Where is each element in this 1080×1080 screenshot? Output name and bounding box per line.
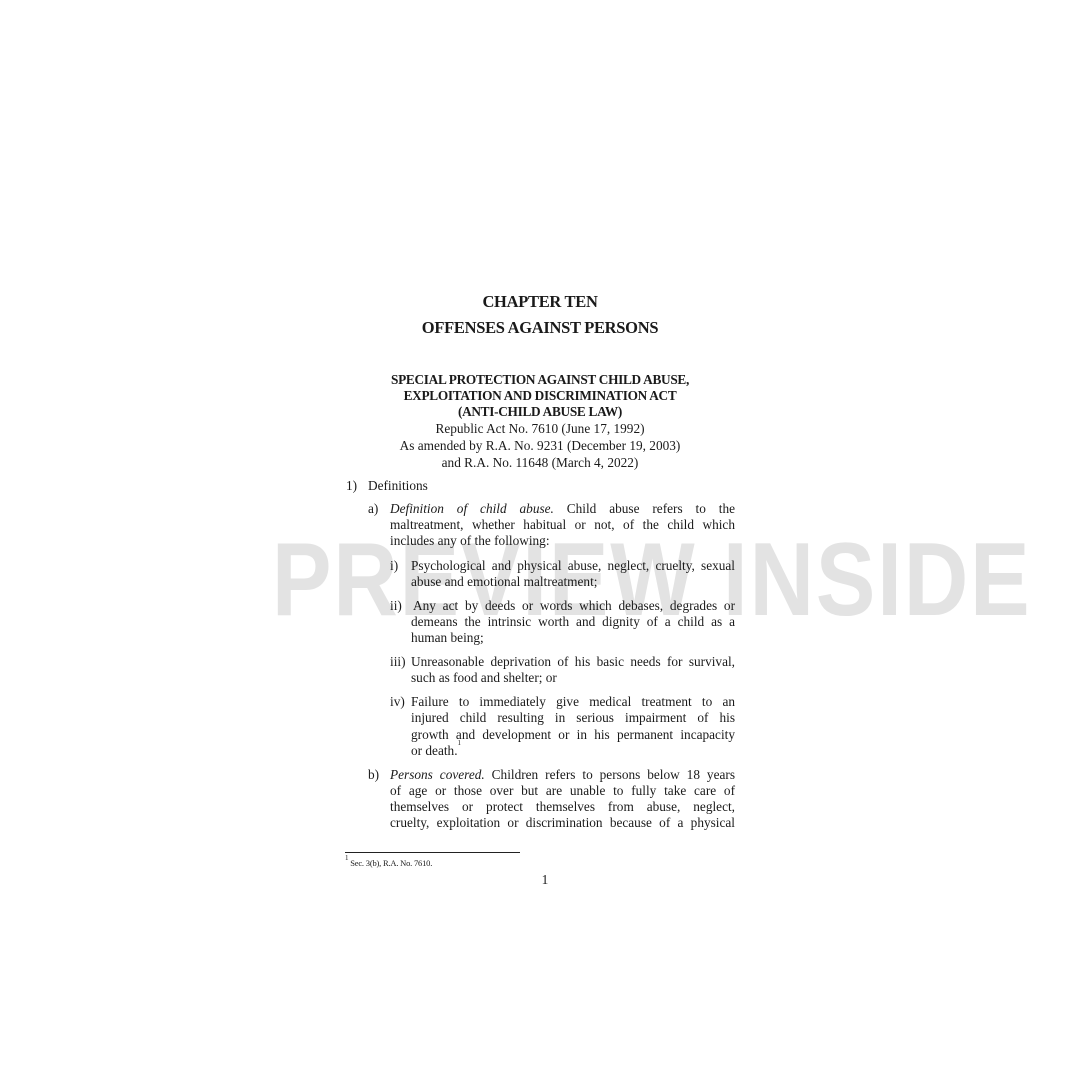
item-a-marker: a) <box>368 501 378 518</box>
footnote-text: Sec. 3(b), R.A. No. 7610. <box>350 858 432 868</box>
act-heading: SPECIAL PROTECTION AGAINST CHILD ABUSE, … <box>340 372 740 471</box>
act-title-line: EXPLOITATION AND DISCRIMINATION ACT <box>340 388 740 404</box>
item-iii-line: such as food and shelter; or <box>411 670 557 687</box>
section-heading: Definitions <box>368 478 428 495</box>
item-iv-marker: iv) <box>390 694 405 711</box>
footnote: 1 Sec. 3(b), R.A. No. 7610. <box>345 858 432 868</box>
act-info-line: and R.A. No. 11648 (March 4, 2022) <box>340 454 740 471</box>
footnote-divider <box>345 852 520 853</box>
item-b-title: Persons covered. <box>390 767 485 782</box>
item-a-line-1: Definition of child abuse. Child abuse r… <box>390 501 735 518</box>
item-b-line: cruelty, exploitation or discrimination … <box>390 815 735 832</box>
act-title-line: SPECIAL PROTECTION AGAINST CHILD ABUSE, <box>340 372 740 388</box>
footnote-ref[interactable]: 1 <box>458 739 462 747</box>
item-a-line-2: maltreatment, whether habitual or not, o… <box>390 517 735 534</box>
item-iv-line: or death.1 <box>411 743 461 760</box>
item-ii-line: Any act by deeds or words which debases,… <box>413 598 735 615</box>
chapter-number: CHAPTER TEN <box>340 292 740 312</box>
section-marker: 1) <box>346 478 357 495</box>
act-title-line: (ANTI-CHILD ABUSE LAW) <box>340 404 740 420</box>
item-iv-line: injured child resulting in serious impai… <box>411 710 735 727</box>
item-ii-line: human being; <box>411 630 484 647</box>
item-b-marker: b) <box>368 767 379 784</box>
item-b-line-1: Persons covered. Children refers to pers… <box>390 767 735 784</box>
item-b-line: of age or those over but are unable to f… <box>390 783 735 800</box>
item-i-marker: i) <box>390 558 398 575</box>
item-a-line-3: includes any of the following: <box>390 533 550 550</box>
page-number: 1 <box>530 872 560 888</box>
document-page: PREVIEW INSIDE CHAPTER TEN OFFENSES AGAI… <box>0 0 1080 1080</box>
item-ii-marker: ii) <box>390 598 402 615</box>
act-info-line: As amended by R.A. No. 9231 (December 19… <box>340 437 740 454</box>
item-iii-line: Unreasonable deprivation of his basic ne… <box>411 654 735 671</box>
footnote-number: 1 <box>345 854 348 862</box>
item-ii-line: demeans the intrinsic worth and dignity … <box>411 614 735 631</box>
item-iv-line: Failure to immediately give medical trea… <box>411 694 735 711</box>
item-i-line: Psychological and physical abuse, neglec… <box>411 558 735 575</box>
item-i-line: abuse and emotional maltreatment; <box>411 574 597 591</box>
chapter-title: OFFENSES AGAINST PERSONS <box>340 318 740 338</box>
item-a-title: Definition of child abuse. <box>390 501 554 516</box>
item-b-line: themselves or protect themselves from ab… <box>390 799 735 816</box>
act-info-line: Republic Act No. 7610 (June 17, 1992) <box>340 420 740 437</box>
item-iii-marker: iii) <box>390 654 406 671</box>
